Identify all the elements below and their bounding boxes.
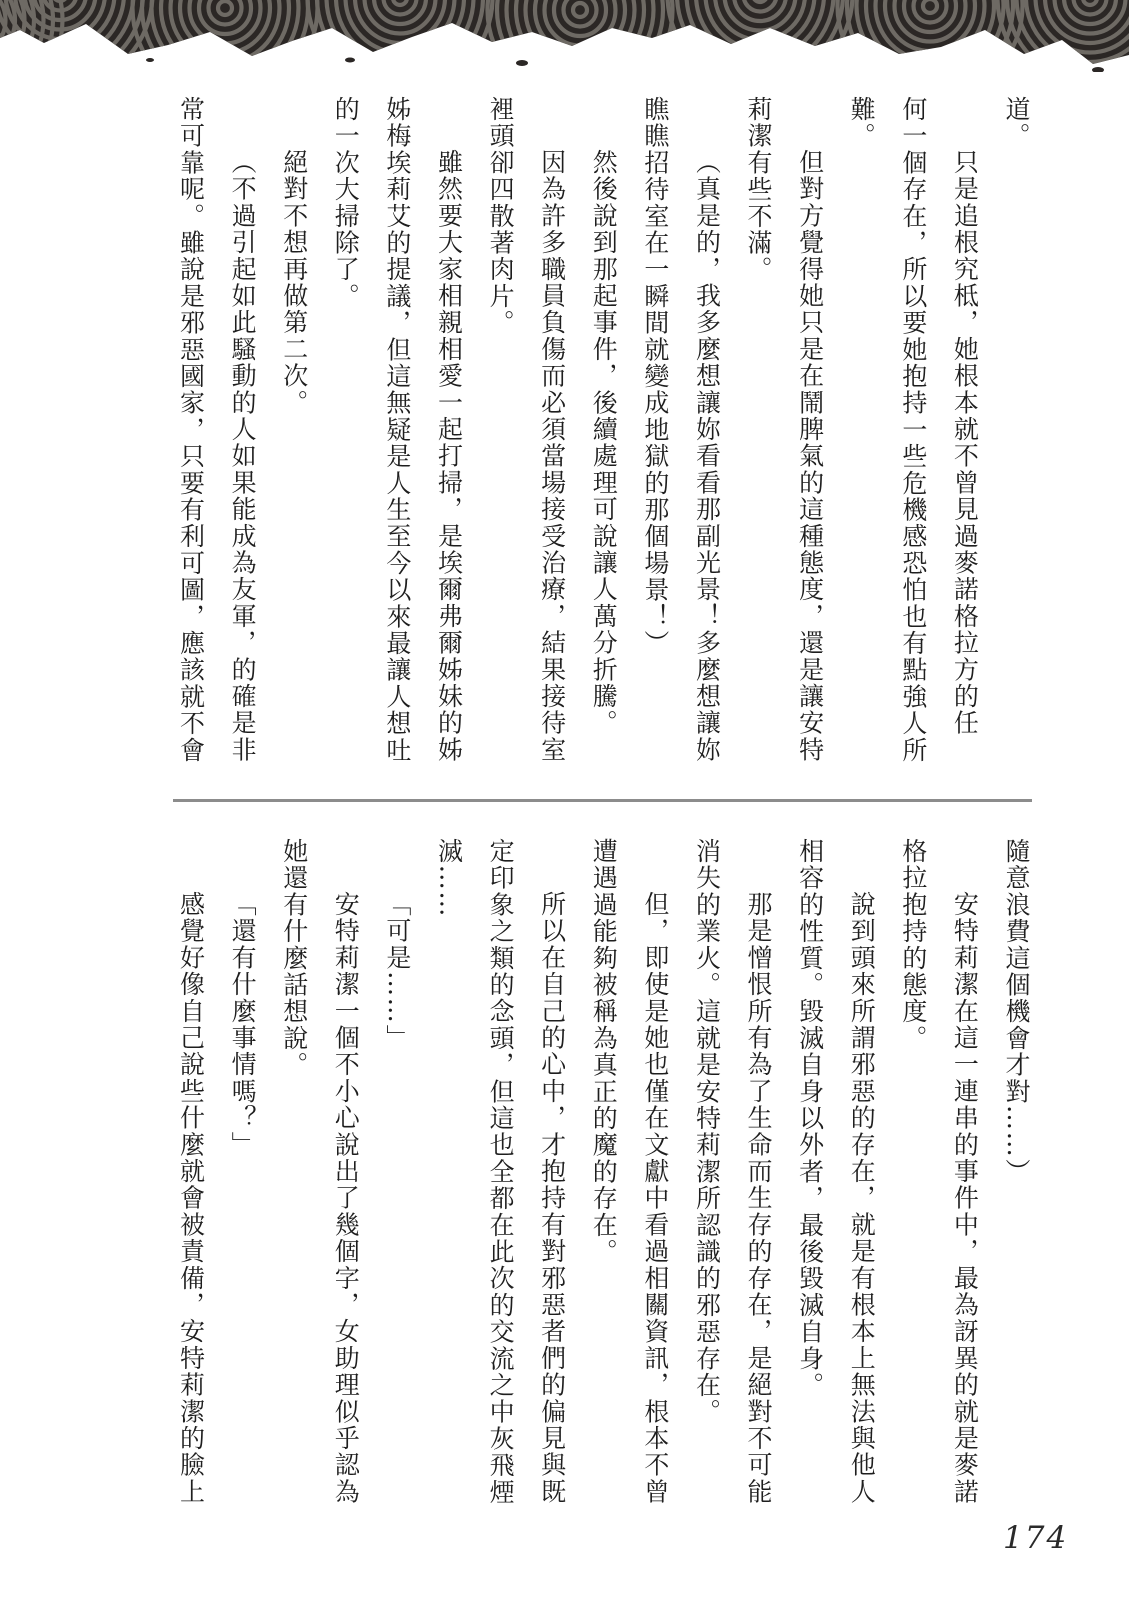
text-column: 莉潔有些不滿。 — [732, 96, 784, 764]
text-column: 格拉抱持的態度。 — [887, 838, 939, 1506]
text-column: 她還有什麼話想說。 — [268, 838, 320, 1506]
text-column: （不過引起如此騷動的人如果能成為友軍，的確是非 — [217, 96, 269, 764]
text-column: （真是的，我多麼想讓妳看看那副光景！多麼想讓妳 — [681, 96, 733, 764]
text-column: 「還有什麼事情嗎？」 — [217, 838, 269, 1506]
text-column: 的一次大掃除了。 — [320, 96, 372, 764]
text-column: 姊梅埃莉艾的提議，但這無疑是人生至今以來最讓人想吐 — [371, 96, 423, 764]
text-column: 只是追根究柢，她根本就不曾見過麥諾格拉方的任 — [939, 96, 991, 764]
text-column: 但，即使是她也僅在文獻中看過相關資訊，根本不曾 — [629, 838, 681, 1506]
bottom-text-block: 隨意浪費這個機會才對……）安特莉潔在這一連串的事件中，最為訝異的就是麥諾格拉抱持… — [162, 838, 1042, 1514]
text-column: 道。 — [990, 96, 1042, 764]
text-column: 隨意浪費這個機會才對……） — [990, 838, 1042, 1506]
page-number: 174 — [1003, 1520, 1068, 1556]
text-column: 那是憎恨所有為了生命而生存的存在，是絕對不可能 — [732, 838, 784, 1506]
fingerprint-pattern — [0, 0, 1129, 72]
text-column: 安特莉潔一個不小心說出了幾個字，女助理似乎認為 — [320, 838, 372, 1506]
text-column: 絕對不想再做第二次。 — [268, 96, 320, 764]
section-divider — [173, 799, 1032, 802]
text-column: 瞧瞧招待室在一瞬間就變成地獄的那個場景！） — [629, 96, 681, 764]
text-column: 然後說到那起事件，後續處理可說讓人萬分折騰。 — [578, 96, 630, 764]
text-column: 裡頭卻四散著肉片。 — [474, 96, 526, 764]
text-column: 定印象之類的念頭，但這也全都在此次的交流之中灰飛煙 — [474, 838, 526, 1506]
text-column: 安特莉潔在這一連串的事件中，最為訝異的就是麥諾 — [939, 838, 991, 1506]
text-column: 所以在自己的心中，才抱持有對邪惡者們的偏見與既 — [526, 838, 578, 1506]
text-column: 難。 — [836, 96, 888, 764]
text-column: 何一個存在，所以要她抱持一些危機感恐怕也有點強人所 — [887, 96, 939, 764]
top-text-block: 道。只是追根究柢，她根本就不曾見過麥諾格拉方的任何一個存在，所以要她抱持一些危機… — [162, 96, 1042, 772]
text-column: 相容的性質。毀滅自身以外者，最後毀滅自身。 — [784, 838, 836, 1506]
text-column: 常可靠呢。雖說是邪惡國家，只要有利可圖，應該就不會 — [165, 96, 217, 764]
text-column: 滅…… — [423, 838, 475, 1506]
text-column: 遭遇過能夠被稱為真正的魔的存在。 — [578, 838, 630, 1506]
text-column: 「可是……」 — [371, 838, 423, 1506]
text-column: 但對方覺得她只是在鬧脾氣的這種態度，還是讓安特 — [784, 96, 836, 764]
text-column: 消失的業火。這就是安特莉潔所認識的邪惡存在。 — [681, 838, 733, 1506]
text-column: 感覺好像自己說些什麼就會被責備，安特莉潔的臉上 — [165, 838, 217, 1506]
text-column: 說到頭來所謂邪惡的存在，就是有根本上無法與他人 — [836, 838, 888, 1506]
text-column: 因為許多職員負傷而必須當場接受治療，結果接待室 — [526, 96, 578, 764]
text-column: 雖然要大家相親相愛一起打掃，是埃爾弗爾姊妹的姊 — [423, 96, 475, 764]
